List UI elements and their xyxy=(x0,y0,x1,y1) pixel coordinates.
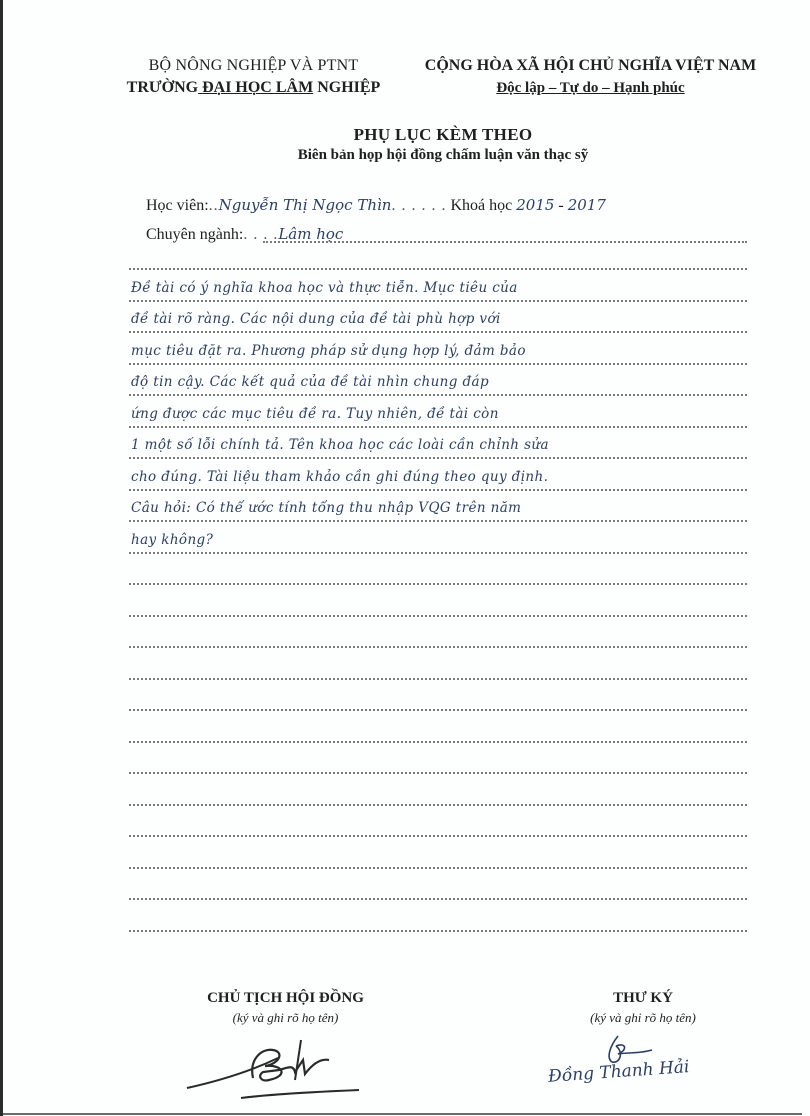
secretary-signature-block: THƯ KÝ (ký và ghi rõ họ tên) xyxy=(548,988,738,1028)
student-line: Học viên:..Nguyễn Thị Ngọc Thìn . . . . … xyxy=(146,196,606,215)
chair-role: CHỦ TỊCH HỘI ĐỒNG xyxy=(183,988,388,1008)
dotted-line xyxy=(129,457,747,459)
dotted-line xyxy=(129,426,747,428)
student-label: Học viên: xyxy=(146,197,209,214)
chair-signature-icon xyxy=(183,1030,383,1110)
secretary-name-handwritten: Đồng Thanh Hải xyxy=(547,1057,690,1087)
dotted-line xyxy=(129,867,747,869)
secretary-role: THƯ KÝ xyxy=(548,988,738,1008)
course-end-handwritten: 2017 xyxy=(568,196,606,214)
comment-line-handwritten: hay không? xyxy=(131,532,747,548)
dotted-line xyxy=(129,615,747,617)
comment-line-handwritten: đề tài rõ ràng. Các nội dung của đề tài … xyxy=(131,311,747,327)
page-edge xyxy=(3,1113,802,1115)
dotted-line xyxy=(129,552,747,554)
dotted-line xyxy=(129,835,747,837)
title-main: PHỤ LỤC KÈM THEO xyxy=(253,124,633,145)
header-right: CỘNG HÒA XÃ HỘI CHỦ NGHĨA VIỆT NAM Độc l… xyxy=(418,55,763,99)
document-page: BỘ NÔNG NGHIỆP VÀ PTNT TRƯỜNG ĐẠI HỌC LÂ… xyxy=(0,0,810,1116)
chair-signature-block: CHỦ TỊCH HỘI ĐỒNG (ký và ghi rõ họ tên) xyxy=(183,988,388,1028)
dotted-line xyxy=(129,930,747,932)
header-left: BỘ NÔNG NGHIỆP VÀ PTNT TRƯỜNG ĐẠI HỌC LÂ… xyxy=(121,55,386,99)
dotted-line xyxy=(129,520,747,522)
major-label: Chuyên ngành: xyxy=(146,226,243,243)
course-label: Khoá học xyxy=(450,197,512,214)
comment-line-handwritten: mục tiêu đặt ra. Phương pháp sử dụng hợp… xyxy=(131,343,747,359)
dotted-line xyxy=(129,489,747,491)
dotted-line xyxy=(129,898,747,900)
dotted-line xyxy=(129,268,747,270)
dotted-line xyxy=(129,583,747,585)
dotted-line xyxy=(129,394,747,396)
comment-line-handwritten: 1 một số lỗi chính tả. Tên khoa học các … xyxy=(131,437,747,453)
dotted-line xyxy=(129,709,747,711)
major-dotted-line xyxy=(263,241,747,243)
dotted-line xyxy=(129,741,747,743)
student-name-handwritten: Nguyễn Thị Ngọc Thìn xyxy=(219,196,392,214)
dotted-line xyxy=(129,804,747,806)
comment-line-handwritten: Câu hỏi: Có thể ước tính tổng thu nhập V… xyxy=(131,500,747,516)
ministry-name: BỘ NÔNG NGHIỆP VÀ PTNT xyxy=(121,55,386,77)
dotted-line xyxy=(129,363,747,365)
university-name: TRƯỜNG ĐẠI HỌC LÂM NGHIỆP xyxy=(121,77,386,99)
dotted-line xyxy=(129,331,747,333)
dotted-line xyxy=(129,646,747,648)
secretary-note: (ký và ghi rõ họ tên) xyxy=(548,1008,738,1028)
republic-name: CỘNG HÒA XÃ HỘI CHỦ NGHĨA VIỆT NAM xyxy=(418,55,763,77)
course-start-handwritten: 2015 xyxy=(516,196,554,214)
title-subtitle: Biên bản họp hội đồng chấm luận văn thạc… xyxy=(253,145,633,166)
comment-line-handwritten: cho đúng. Tài liệu tham khảo cần ghi đún… xyxy=(131,469,747,485)
comment-line-handwritten: Đề tài có ý nghĩa khoa học và thực tiễn.… xyxy=(131,280,747,296)
national-motto: Độc lập – Tự do – Hạnh phúc xyxy=(418,77,763,99)
comment-line-handwritten: ứng được các mục tiêu đề ra. Tuy nhiên, … xyxy=(131,406,747,422)
document-title: PHỤ LỤC KÈM THEO Biên bản họp hội đồng c… xyxy=(253,124,633,166)
comment-line-handwritten: độ tin cậy. Các kết quả của đề tài nhìn … xyxy=(131,374,747,390)
dotted-line xyxy=(129,772,747,774)
dotted-line xyxy=(129,678,747,680)
dotted-line xyxy=(129,300,747,302)
chair-note: (ký và ghi rõ họ tên) xyxy=(183,1008,388,1028)
